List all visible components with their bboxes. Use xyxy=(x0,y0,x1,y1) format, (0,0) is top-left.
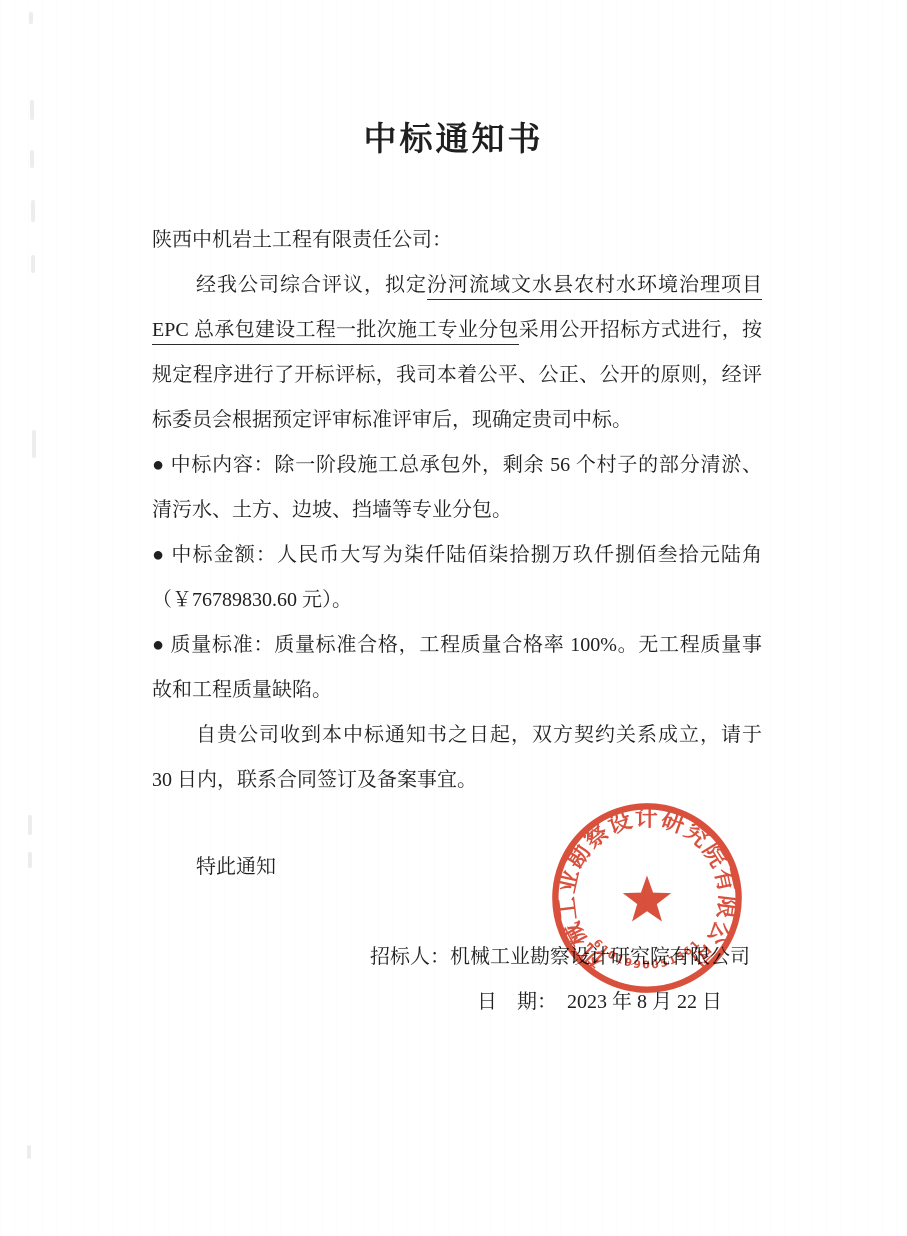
spacer xyxy=(152,803,762,845)
scan-artifact xyxy=(32,430,36,458)
scan-artifact xyxy=(27,1145,31,1159)
scan-artifact xyxy=(30,100,34,120)
doc-line: （￥76789830.60 元）。 xyxy=(152,578,762,623)
doc-line: 招标人：机械工业勘察设计研究院有限公司 xyxy=(152,935,762,980)
doc-line: 经我公司综合评议，拟定汾河流域文水县农村水环境治理项目 xyxy=(152,263,762,308)
scan-artifact xyxy=(28,852,32,868)
doc-line: ● 中标金额：人民币大写为柒仟陆佰柒拾捌万玖仟捌佰叁拾元陆角 xyxy=(152,533,762,578)
doc-line: 日 期： 2023 年 8 月 22 日 xyxy=(152,980,762,1025)
text-run: 故和工程质量缺陷。 xyxy=(152,679,332,701)
page-title: 中标通知书 xyxy=(0,118,907,162)
doc-line: 特此通知 xyxy=(152,845,762,890)
text-run: 特此通知 xyxy=(196,856,276,878)
spacer xyxy=(152,890,762,935)
underlined-text: 汾河流域文水县农村水环境治理项目 xyxy=(427,274,762,300)
text-run: 自贵公司收到本中标通知书之日起，双方契约关系成立，请于 xyxy=(196,724,762,746)
underlined-text: EPC 总承包建设工程一批次施工专业分包 xyxy=(152,319,519,345)
text-run: 经我公司综合评议，拟定 xyxy=(196,274,427,296)
text-run: 规定程序进行了开标评标，我司本着公平、公正、公开的原则，经评 xyxy=(152,364,762,386)
scan-artifact xyxy=(29,12,33,24)
text-run: 采用公开招标方式进行，按 xyxy=(519,319,762,341)
doc-line: 30 日内，联系合同签订及备案事宜。 xyxy=(152,758,762,803)
scan-artifact xyxy=(31,200,35,222)
text-run: 清污水、土方、边坡、挡墙等专业分包。 xyxy=(152,499,512,521)
text-run: ● 质量标准：质量标准合格，工程质量合格率 100%。无工程质量事 xyxy=(152,634,762,656)
document-page: 中标通知书 陕西中机岩土工程有限责任公司：经我公司综合评议，拟定汾河流域文水县农… xyxy=(0,0,907,1236)
scan-artifact xyxy=(28,815,32,835)
scan-artifact xyxy=(31,255,35,273)
doc-line: ● 质量标准：质量标准合格，工程质量合格率 100%。无工程质量事 xyxy=(152,623,762,668)
text-run: ● 中标金额：人民币大写为柒仟陆佰柒拾捌万玖仟捌佰叁拾元陆角 xyxy=(152,544,762,566)
text-run: 日 期： 2023 年 8 月 22 日 xyxy=(477,991,722,1013)
text-run: ● 中标内容：除一阶段施工总承包外，剩余 56 个村子的部分清淤、 xyxy=(152,454,762,476)
doc-line: 自贵公司收到本中标通知书之日起，双方契约关系成立，请于 xyxy=(152,713,762,758)
text-run: （￥76789830.60 元）。 xyxy=(152,589,352,611)
document-body: 陕西中机岩土工程有限责任公司：经我公司综合评议，拟定汾河流域文水县农村水环境治理… xyxy=(152,218,762,1025)
text-run: 招标人：机械工业勘察设计研究院有限公司 xyxy=(370,946,750,968)
doc-line: 标委员会根据预定评审标准评审后，现确定贵司中标。 xyxy=(152,398,762,443)
doc-line: 清污水、土方、边坡、挡墙等专业分包。 xyxy=(152,488,762,533)
doc-line: EPC 总承包建设工程一批次施工专业分包采用公开招标方式进行，按 xyxy=(152,308,762,353)
text-run: 陕西中机岩土工程有限责任公司： xyxy=(152,229,452,251)
doc-line: 陕西中机岩土工程有限责任公司： xyxy=(152,218,762,263)
doc-line: ● 中标内容：除一阶段施工总承包外，剩余 56 个村子的部分清淤、 xyxy=(152,443,762,488)
doc-line: 故和工程质量缺陷。 xyxy=(152,668,762,713)
scan-artifact xyxy=(30,150,34,168)
text-run: 标委员会根据预定评审标准评审后，现确定贵司中标。 xyxy=(152,409,632,431)
text-run: 30 日内，联系合同签订及备案事宜。 xyxy=(152,769,477,791)
doc-line: 规定程序进行了开标评标，我司本着公平、公正、公开的原则，经评 xyxy=(152,353,762,398)
